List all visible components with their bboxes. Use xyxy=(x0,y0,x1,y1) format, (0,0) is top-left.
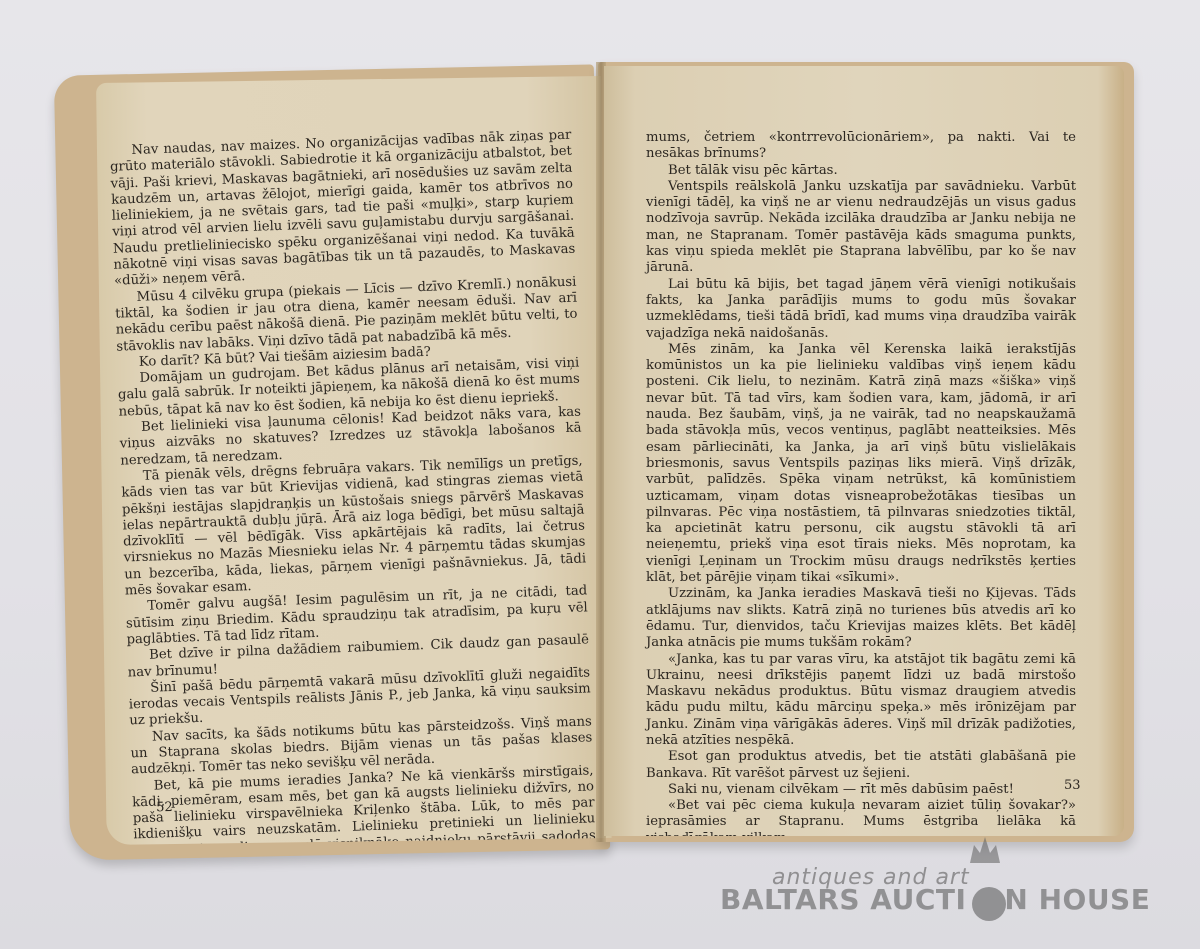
page-number-right: 53 xyxy=(1064,778,1081,793)
paragraph: «Janka, kas tu par varas vīru, ka atstāj… xyxy=(646,652,1076,750)
open-book: Nav naudas, nav maizes. No organizācijas… xyxy=(0,0,1200,949)
crown-icon xyxy=(968,835,1002,865)
paragraph: Esot gan produktus atvedis, bet tie atst… xyxy=(646,749,1076,782)
watermark-name-part2: N HOUSE xyxy=(1004,883,1150,916)
paragraph: Ventspils reālskolā Janku uzskatīja par … xyxy=(646,179,1076,277)
right-page: mums, četriem «kontrrevolūcionāriem», pa… xyxy=(604,66,1124,836)
watermark-name: BALTARS AUCTIN HOUSE xyxy=(720,883,1150,916)
left-page: Nav naudas, nav maizes. No organizācijas… xyxy=(96,76,612,845)
watermark-name-part1: BALTARS AUCTI xyxy=(720,883,966,916)
paragraph: mums, četriem «kontrrevolūcionāriem», pa… xyxy=(646,130,1076,163)
paragraph: Saki nu, vienam cilvēkam — rīt mēs dabūs… xyxy=(646,782,1076,798)
paragraph: Lai būtu kā bijis, bet tagad jāņem vērā … xyxy=(646,277,1076,342)
auction-house-watermark: antiques and art BALTARS AUCTIN HOUSE xyxy=(720,865,1120,925)
right-page-text: mums, četriem «kontrrevolūcionāriem», pa… xyxy=(646,130,1076,836)
globe-icon xyxy=(972,887,1006,921)
paragraph: Uzzinām, ka Janka ieradies Maskavā tieši… xyxy=(646,586,1076,651)
paragraph: Nav naudas, nav maizes. No organizācijas… xyxy=(109,128,576,291)
page-number-left: 52 xyxy=(156,800,173,815)
paragraph: Bet tālāk visu pēc kārtas. xyxy=(646,163,1076,179)
left-page-text: Nav naudas, nav maizes. No organizācijas… xyxy=(109,128,596,845)
paragraph: «Bet vai pēc ciema kukuļa nevaram aiziet… xyxy=(646,798,1076,836)
paragraph: Mēs zinām, ka Janka vēl Kerenska laikā i… xyxy=(646,342,1076,586)
paragraph: Tā pienāk vēls, drēgns februāŗa vakars. … xyxy=(121,453,587,599)
